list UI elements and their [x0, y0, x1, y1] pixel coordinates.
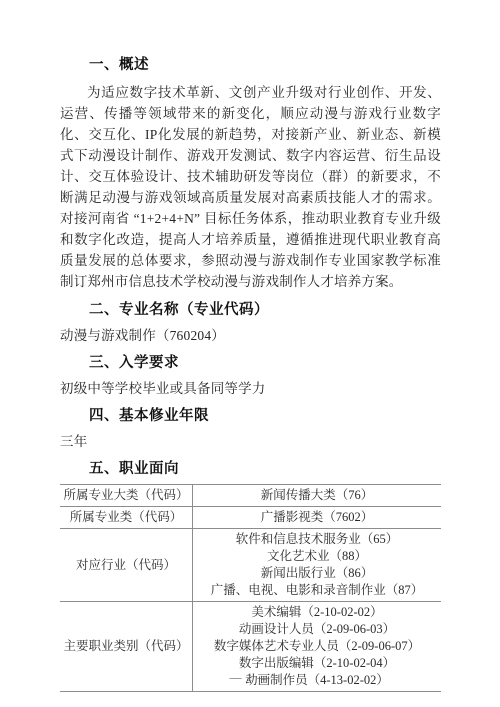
duration-value: 三年: [60, 433, 441, 451]
table-value-line: 文化艺术业（88）: [195, 548, 439, 565]
entry-requirement-value: 初级中等学校毕业或具备同等学力: [60, 380, 441, 398]
table-value-cell: 软件和信息技术服务业（65） 文化艺术业（88） 新闻出版行业（86） 广播、电…: [193, 529, 442, 602]
overview-paragraph: 为适应数字技术革新、文创产业升级对行业创作、开发、运营、传播等领域带来的新变化，…: [60, 82, 441, 292]
section-heading-overview: 一、概述: [60, 56, 441, 74]
table-label-cell: 所属专业大类（代码）: [60, 485, 193, 507]
page-number: — 1 —: [0, 670, 500, 685]
table-value-cell: 新闻传播大类（76）: [193, 485, 442, 507]
section-heading-career-orientation: 五、职业面向: [60, 460, 441, 478]
table-value-line: 美术编辑（2-10-02-02）: [195, 604, 439, 621]
table-row-major-category: 所属专业大类（代码） 新闻传播大类（76）: [60, 485, 441, 507]
section-heading-duration: 四、基本修业年限: [60, 407, 441, 425]
table-value-cell: 广播影视类（7602）: [193, 507, 442, 529]
table-row-major-class: 所属专业类（代码） 广播影视类（7602）: [60, 507, 441, 529]
section-heading-entry-requirement: 三、入学要求: [60, 354, 441, 372]
table-label-cell: 所属专业类（代码）: [60, 507, 193, 529]
section-heading-major-name: 二、专业名称（专业代码）: [60, 301, 441, 319]
table-value-line: 广播、电视、电影和录音制作业（87）: [195, 582, 439, 599]
table-value-line: 数字媒体艺术专业人员（2-09-06-07）: [195, 638, 439, 655]
table-value-line: 动画设计人员（2-09-06-03）: [195, 621, 439, 638]
table-row-industries: 对应行业（代码） 软件和信息技术服务业（65） 文化艺术业（88） 新闻出版行业…: [60, 529, 441, 602]
table-value-line: 新闻传播大类（76）: [195, 487, 439, 504]
table-value-line: 广播影视类（7602）: [195, 509, 439, 526]
document-body: 一、概述 为适应数字技术革新、文创产业升级对行业创作、开发、运营、传播等领域带来…: [0, 0, 500, 692]
table-value-line: 新闻出版行业（86）: [195, 565, 439, 582]
table-value-line: 软件和信息技术服务业（65）: [195, 531, 439, 548]
major-name-value: 动漫与游戏制作（760204）: [60, 327, 441, 345]
document-page: 一、概述 为适应数字技术革新、文创产业升级对行业创作、开发、运营、传播等领域带来…: [0, 0, 500, 707]
table-label-cell: 对应行业（代码）: [60, 529, 193, 602]
career-orientation-table: 所属专业大类（代码） 新闻传播大类（76） 所属专业类（代码） 广播影视类（76…: [60, 484, 441, 692]
